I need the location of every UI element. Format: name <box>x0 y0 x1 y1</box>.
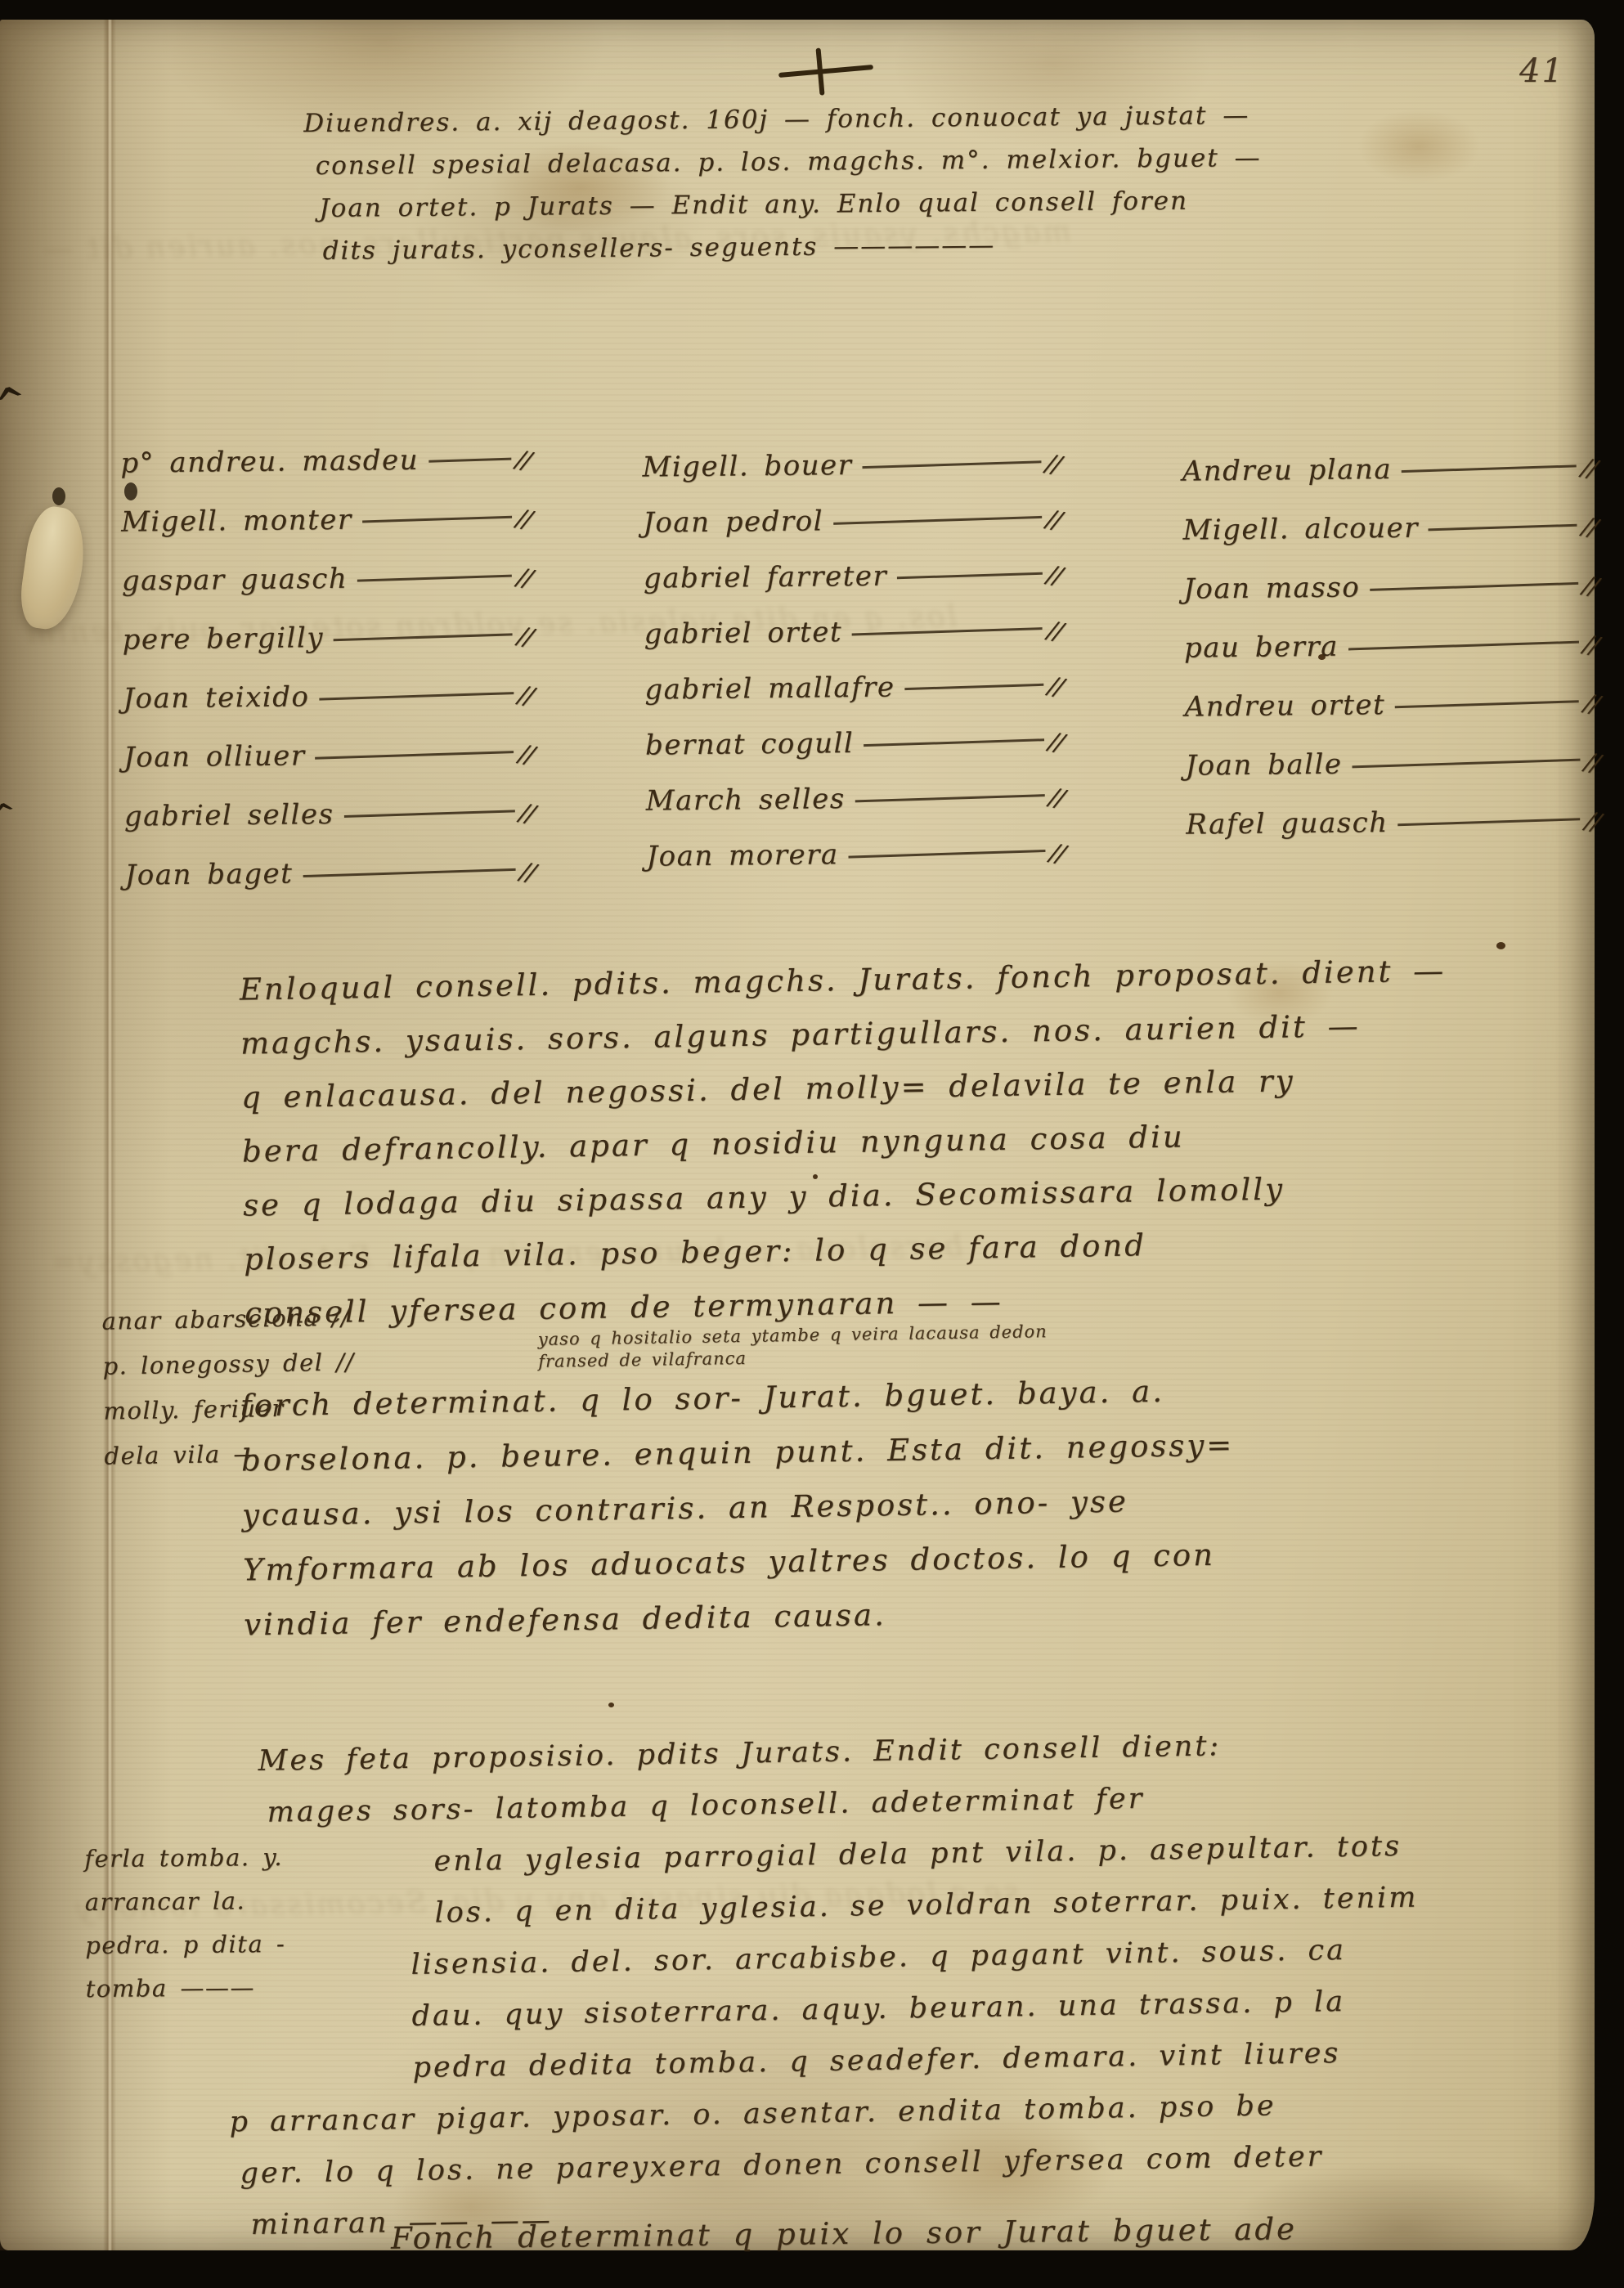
tally-mark: // <box>510 432 535 491</box>
list-item: gabriel selles// <box>124 783 534 846</box>
flourish-rule <box>1402 464 1577 473</box>
council-member-name: gabriel ortet <box>644 605 842 662</box>
session-heading: Diuendres. a. xij deagost. 160j — fonch.… <box>303 94 1270 272</box>
folio-number: 41 <box>1519 52 1564 90</box>
list-item: Migell. bouer// <box>642 436 1060 496</box>
ink-speck <box>608 1703 614 1707</box>
list-item: Joan pedrol// <box>643 491 1061 551</box>
tally-mark: // <box>515 844 540 903</box>
flourish-rule <box>344 810 515 818</box>
paragraph-tomb-proposal: Mes feta proposisio. pdits Jurats. Endit… <box>223 1718 1424 2252</box>
paragraph-mill-proposal: Enloqual consell. pdits. magchs. Jurats.… <box>239 944 1451 1340</box>
council-member-name: Migell. monter <box>121 491 352 551</box>
flourish-rule <box>833 516 1042 525</box>
council-member-name: Joan masso <box>1183 559 1361 618</box>
tally-mark: // <box>1043 658 1067 715</box>
tally-mark: // <box>1580 792 1604 852</box>
flourish-rule <box>852 627 1043 635</box>
council-member-name: Joan teixido <box>123 668 310 727</box>
list-item: Andreu ortet// <box>1184 674 1598 737</box>
flourish-rule <box>357 575 512 582</box>
flourish-rule <box>864 738 1044 747</box>
tally-mark: // <box>1042 547 1065 603</box>
flourish-rule <box>862 460 1041 469</box>
tally-mark: // <box>1043 603 1066 659</box>
council-member-name: Migell. bouer <box>642 438 853 496</box>
list-item: gabriel ortet// <box>644 603 1061 662</box>
flourish-rule <box>849 850 1046 859</box>
invocation-cross-icon <box>777 43 876 99</box>
council-member-name: gabriel mallafre <box>644 660 895 717</box>
flourish-rule <box>1398 818 1581 826</box>
council-member-name: Andreu plana <box>1182 441 1392 501</box>
tally-mark: // <box>1045 825 1069 882</box>
list-item: Joan teixido// <box>123 666 532 729</box>
council-member-name: gabriel farreter <box>644 550 888 607</box>
council-member-name: p° andreu. masdeu <box>120 432 419 492</box>
list-item: Joan olliuer// <box>123 725 533 787</box>
flourish-rule <box>855 794 1045 802</box>
list-item: gabriel mallafre// <box>644 658 1062 718</box>
list-item: pere bergilly// <box>122 607 532 670</box>
list-item: bernat cogull// <box>645 714 1063 774</box>
manuscript-scan: { "page": { "folio_number": "41", "langu… <box>0 0 1624 2288</box>
flourish-rule <box>1370 582 1578 591</box>
tally-mark: // <box>1042 491 1065 548</box>
tally-mark: // <box>1577 439 1601 499</box>
list-item: March selles// <box>645 769 1063 829</box>
paragraph-resolution-barcelona: forch determinat. q lo sor- Jurat. bguet… <box>240 1362 1236 1652</box>
council-member-name: pau berra <box>1184 618 1339 678</box>
stain <box>1357 110 1480 183</box>
council-member-name: Joan baget <box>124 845 293 904</box>
flourish-rule <box>1353 759 1581 769</box>
council-member-name: pere bergilly <box>122 609 324 669</box>
heading-line: Joan ortet. p Jurats — Endit any. Enlo q… <box>319 179 1269 230</box>
council-member-name: Joan morera <box>646 828 839 884</box>
flourish-rule <box>1395 700 1579 708</box>
council-member-name: bernat cogull <box>645 716 855 774</box>
tally-mark: // <box>1043 714 1067 770</box>
heading-line: dits jurats. yconsellers- seguents —————… <box>322 222 1269 272</box>
flourish-rule <box>897 572 1043 580</box>
list-item: pau berra// <box>1184 615 1598 678</box>
flourish-rule <box>1429 524 1577 532</box>
council-member-name: March selles <box>645 772 846 829</box>
flourish-rule <box>1348 641 1579 651</box>
council-member-name: gaspar guasch <box>122 550 348 610</box>
tally-mark: // <box>1577 498 1601 558</box>
list-item: Joan masso// <box>1183 556 1597 619</box>
flourish-rule <box>319 692 514 700</box>
list-item: Joan baget// <box>124 842 534 905</box>
council-member-name: Joan pedrol <box>643 494 824 550</box>
list-item: Migell. monter// <box>121 489 531 552</box>
tally-mark: // <box>512 550 536 608</box>
council-list-column-1: p° andreu. masdeu// Migell. monter// gas… <box>120 430 534 905</box>
margin-line: anar abarselona // <box>101 1294 354 1344</box>
list-item: p° andreu. masdeu// <box>120 430 530 493</box>
list-item: Joan morera// <box>646 825 1064 885</box>
list-item: gabriel farreter// <box>644 547 1061 607</box>
flourish-rule <box>428 458 511 463</box>
tally-mark: // <box>1577 557 1602 617</box>
council-member-name: gabriel selles <box>124 786 334 846</box>
council-list-column-2: Migell. bouer// Joan pedrol// gabriel fa… <box>642 436 1064 885</box>
tally-mark: // <box>514 785 539 844</box>
council-member-name: Joan balle <box>1185 736 1343 796</box>
council-member-name: Rafel guasch <box>1186 794 1388 855</box>
tally-mark: // <box>1578 616 1603 675</box>
flourish-rule <box>316 751 514 760</box>
flourish-rule <box>362 516 512 523</box>
flourish-rule <box>334 633 513 641</box>
list-item: Joan balle// <box>1185 733 1599 796</box>
council-member-name: Andreu ortet <box>1184 676 1385 737</box>
flourish-rule <box>905 684 1044 690</box>
council-list-column-3: Andreu plana// Migell. alcouer// Joan ma… <box>1182 438 1599 855</box>
tally-mark: // <box>1044 769 1068 826</box>
list-item: Andreu plana// <box>1182 438 1595 501</box>
interlinear-insertion: yaso q hositalio seta ytambe q veira lac… <box>538 1321 1048 1373</box>
council-member-name: Migell. alcouer <box>1182 500 1419 560</box>
list-item: gaspar guasch// <box>122 548 532 611</box>
tally-mark: // <box>1579 675 1604 734</box>
tally-mark: // <box>514 726 538 785</box>
tally-mark: // <box>513 667 537 726</box>
binding-thread-knot <box>52 487 65 505</box>
council-member-name: Joan olliuer <box>123 727 306 786</box>
list-item: Rafel guasch// <box>1186 792 1599 855</box>
tally-mark: // <box>1579 734 1604 793</box>
flourish-rule <box>303 868 515 877</box>
manuscript-page: magchs. ysauis. sors. alguns partigullar… <box>0 20 1595 2250</box>
tally-mark: // <box>1041 436 1065 492</box>
tally-mark: // <box>511 491 536 550</box>
list-item: Migell. alcouer// <box>1182 497 1596 560</box>
ink-speck <box>1496 942 1505 949</box>
